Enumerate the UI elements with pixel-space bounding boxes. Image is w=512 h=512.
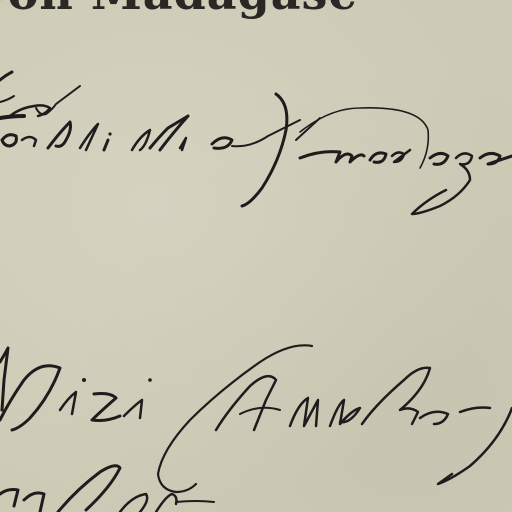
handwriting-strokes [0,0,512,512]
